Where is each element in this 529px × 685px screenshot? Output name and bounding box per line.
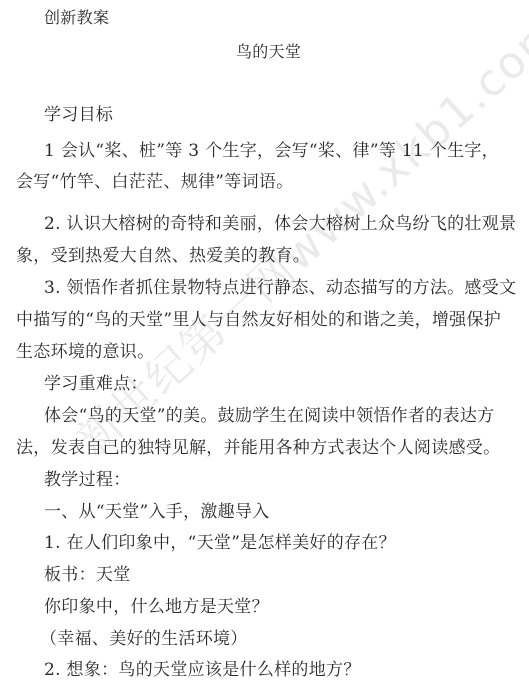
objective-3-line-2: 中描写的“鸟的天堂”里人与自然友好相处的和谐之美，增强保护 bbox=[16, 310, 501, 330]
step-1-heading: 一、从“天堂”入手，激趣导入 bbox=[44, 502, 270, 522]
objective-3-line-3: 生态环境的意识。 bbox=[16, 342, 154, 362]
header-label: 创新教案 bbox=[44, 8, 109, 28]
step-1-question-2: 你印象中，什么地方是天堂？ bbox=[44, 597, 269, 617]
process-heading: 教学过程： bbox=[44, 470, 131, 490]
objective-1-line-1: 1 会认“桨、桩”等 3 个生字，会写“桨、律”等 11 个生字， bbox=[44, 141, 499, 161]
document-title: 鸟的天堂 bbox=[236, 42, 301, 62]
step-1-question-3: 2. 想象：鸟的天堂应该是什么样的地方？ bbox=[44, 660, 361, 680]
objective-2-line-1: 2. 认识大榕树的奇特和美丽，体会大榕树上众鸟纷飞的壮观景 bbox=[44, 214, 516, 234]
objective-1-line-2: 会写“竹竿、白茫茫、规律”等词语。 bbox=[16, 172, 293, 192]
key-points-line-1: 体会“鸟的天堂”的美。鼓励学生在阅读中领悟作者的表达方 bbox=[44, 406, 494, 426]
key-points-heading: 学习重难点： bbox=[44, 374, 148, 394]
key-points-line-2: 法，发表自己的独特见解，并能用各种方式表达个人阅读感受。 bbox=[16, 438, 500, 458]
objectives-heading: 学习目标 bbox=[44, 105, 113, 125]
objective-3-line-1: 3. 领悟作者抓住景物特点进行静态、动态描写的方法。感受文 bbox=[44, 278, 516, 298]
objective-2-line-2: 象，受到热爱大自然、热爱美的教育。 bbox=[16, 246, 310, 266]
step-1-board-note: 板书：天堂 bbox=[44, 565, 131, 585]
step-1-answer: （幸福、美好的生活环境） bbox=[40, 629, 248, 649]
step-1-question-1: 1. 在人们印象中，“天堂”是怎样美好的存在？ bbox=[44, 533, 396, 553]
